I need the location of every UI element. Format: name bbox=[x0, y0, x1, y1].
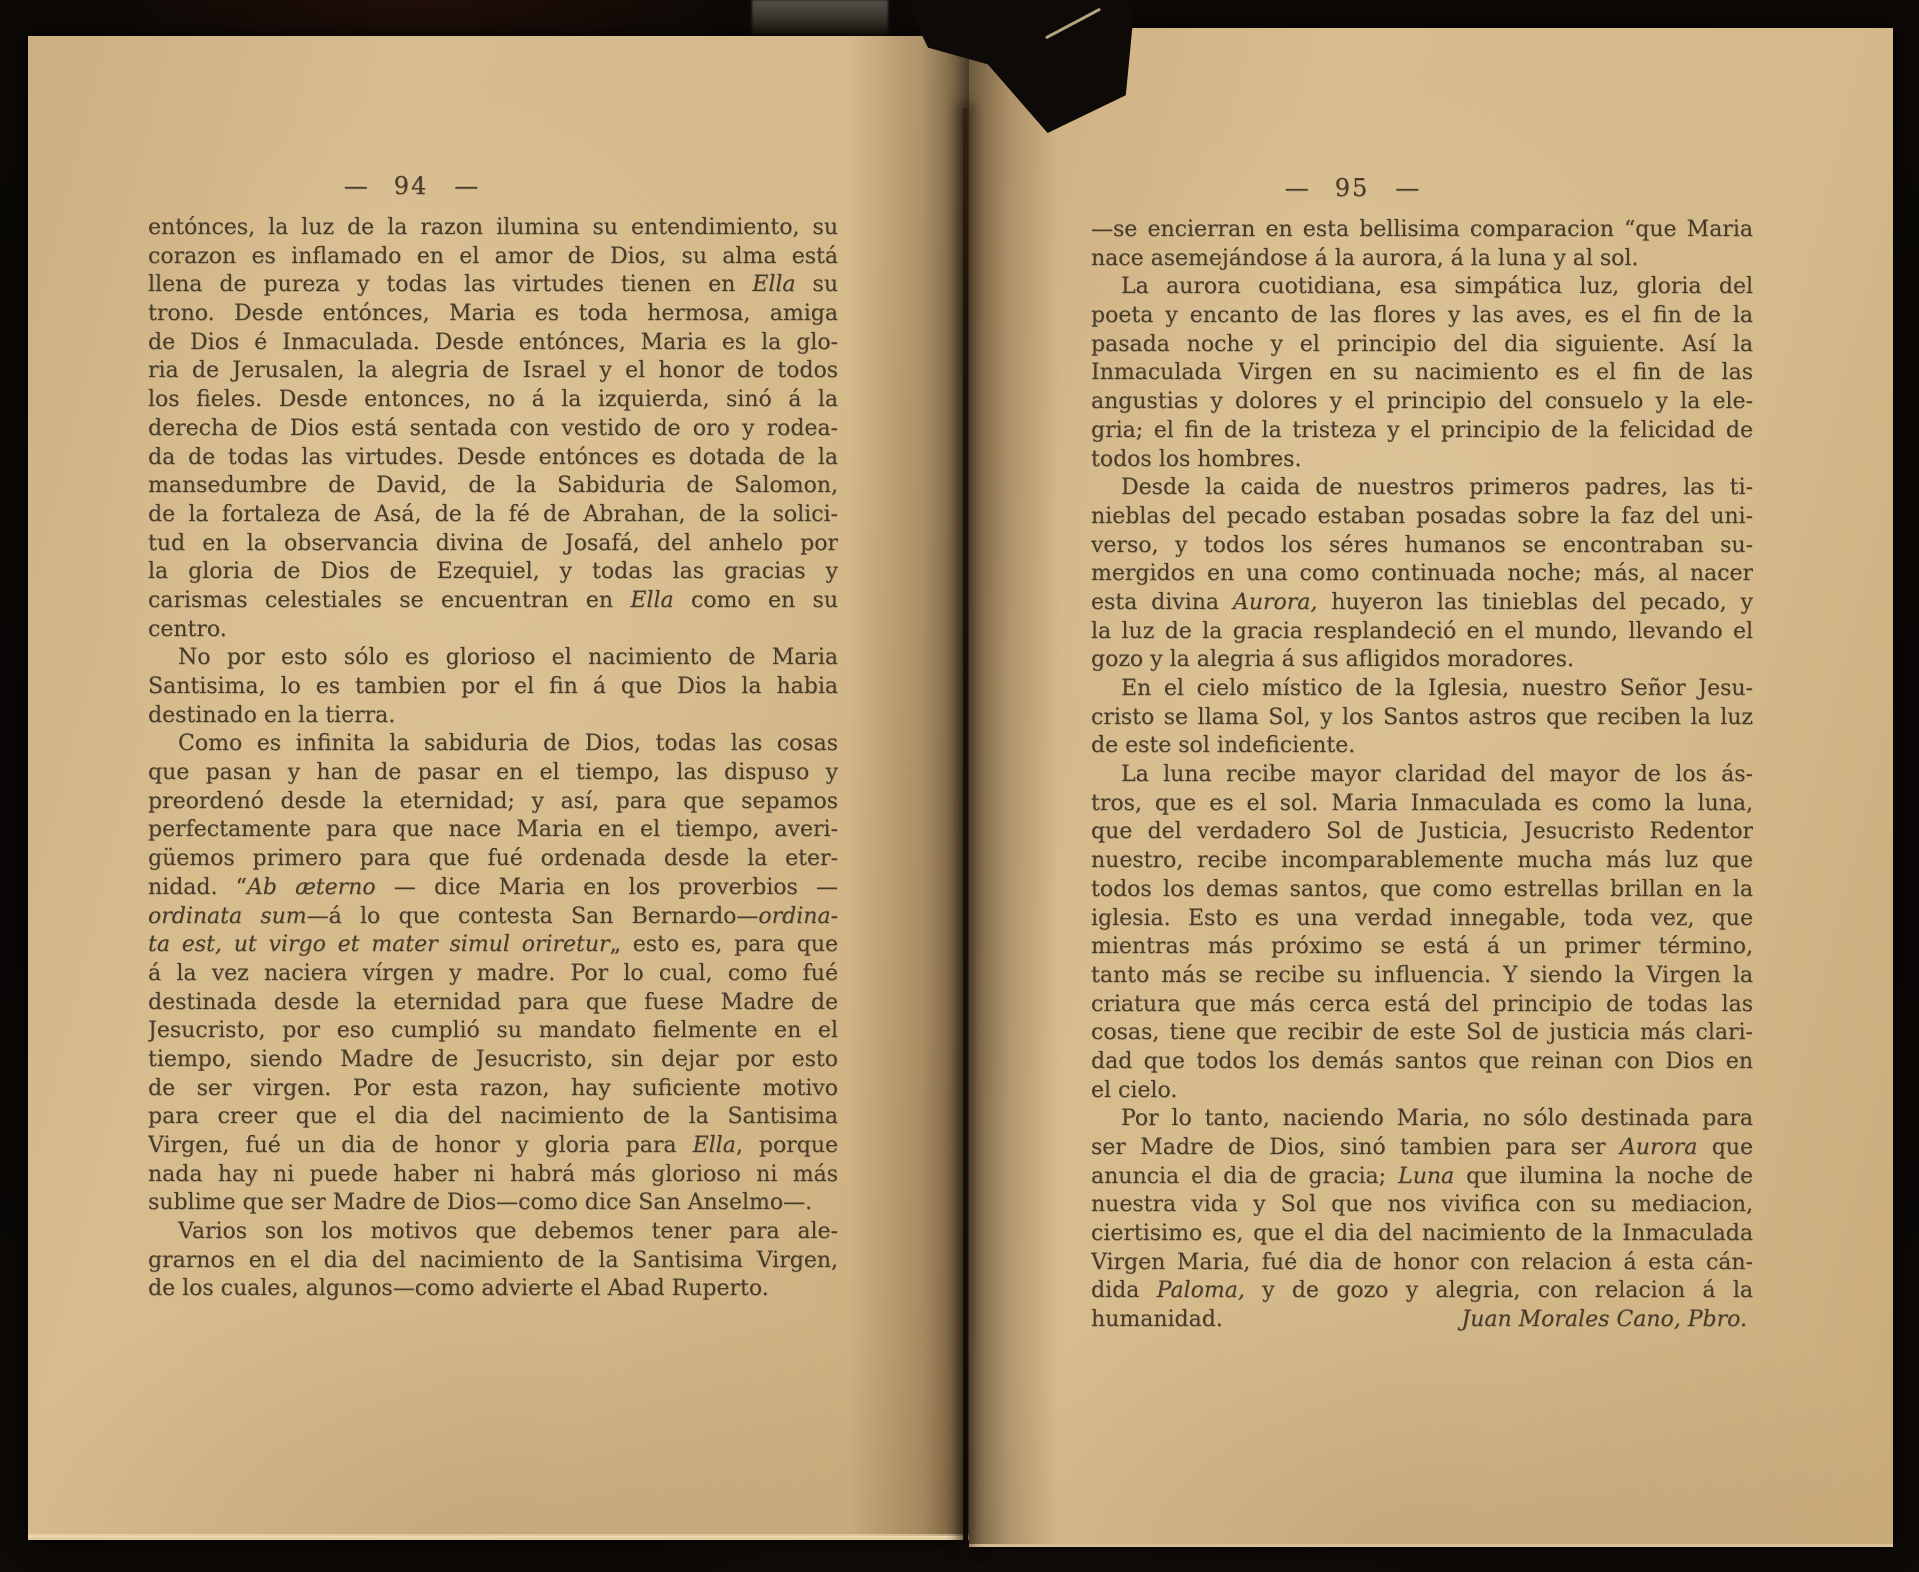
text-line: Santisima, lo es tambien por el fin á qu… bbox=[148, 673, 838, 702]
text: á la vez naciera vírgen y madre. Por lo … bbox=[148, 961, 838, 986]
text: nuestro, recibe incomparablemente mucha … bbox=[1091, 848, 1753, 873]
text: ria de Jerusalen, la alegria de Israel y… bbox=[148, 358, 838, 383]
text: trono. Desde entónces, Maria es toda her… bbox=[148, 301, 838, 326]
text: Por lo tanto, naciendo Maria, no sólo de… bbox=[1121, 1106, 1753, 1131]
text: poeta y encanto de las flores y las aves… bbox=[1091, 303, 1753, 328]
text: que ilumina la noche de bbox=[1454, 1164, 1753, 1189]
right-page: —95— —se encierran en esta bellisima com… bbox=[969, 28, 1893, 1547]
text: No por esto sólo es glorioso el nacimien… bbox=[178, 645, 838, 670]
text-line: No por esto sólo es glorioso el nacimien… bbox=[148, 644, 838, 673]
text-line: de la fortaleza de Asá, de la fé de Abra… bbox=[148, 501, 838, 530]
text: los fieles. Desde entonces, no á la izqu… bbox=[148, 387, 838, 412]
text-line: corazon es inflamado en el amor de Dios,… bbox=[148, 243, 838, 272]
italic-text: Ab æterno bbox=[247, 875, 376, 900]
text-line: tiempo, siendo Madre de Jesucristo, sin … bbox=[148, 1046, 838, 1075]
text: esta divina bbox=[1091, 590, 1233, 615]
text-line: Desde la caida de nuestros primeros padr… bbox=[1091, 474, 1753, 503]
text-line: güemos primero para que fué ordenada des… bbox=[148, 845, 838, 874]
text: huyeron las tinieblas del pecado, y bbox=[1317, 590, 1753, 615]
text: ser Madre de Dios, sinó tambien para ser bbox=[1091, 1135, 1620, 1160]
text-line: dad que todos los demás santos que reina… bbox=[1091, 1048, 1753, 1077]
text: gozo y la alegria á sus afligidos morado… bbox=[1091, 647, 1574, 672]
text: de este sol indeficiente. bbox=[1091, 733, 1355, 758]
page-text: —se encierran en esta bellisima comparac… bbox=[1091, 216, 1753, 1335]
text: Varios son los motivos que debemos tener… bbox=[178, 1219, 838, 1244]
italic-text: ordina- bbox=[758, 904, 838, 929]
text: humanidad. bbox=[1091, 1306, 1223, 1335]
text: iglesia. Esto es una verdad innegable, t… bbox=[1091, 906, 1753, 931]
text: nidad. “ bbox=[148, 875, 247, 900]
text-line: dida Paloma, y de gozo y alegria, con re… bbox=[1091, 1277, 1753, 1306]
text: pasada noche y el principio del dia sigu… bbox=[1091, 332, 1753, 357]
text: angustias y dolores y el principio del c… bbox=[1091, 389, 1753, 414]
text: verso, y todos los séres humanos se enco… bbox=[1091, 533, 1753, 558]
text: tanto más se recibe su influencia. Y sie… bbox=[1091, 963, 1753, 988]
text: de la fortaleza de Asá, de la fé de Abra… bbox=[148, 502, 838, 527]
text: Santisima, lo es tambien por el fin á qu… bbox=[148, 674, 838, 699]
text-line: que del verdadero Sol de Justicia, Jesuc… bbox=[1091, 818, 1753, 847]
text-line: Como es infinita la sabiduria de Dios, t… bbox=[148, 730, 838, 759]
gutter-shadow bbox=[969, 28, 1059, 1544]
text-line: ser Madre de Dios, sinó tambien para ser… bbox=[1091, 1134, 1753, 1163]
text: derecha de Dios está sentada con vestido… bbox=[148, 416, 838, 441]
header-dash: — bbox=[454, 172, 478, 200]
text-line: carismas celestiales se encuentran en El… bbox=[148, 587, 838, 616]
photographed-book-spread: —94— entónces, la luz de la razon ilumin… bbox=[0, 0, 1919, 1572]
text: mergidos en una como continuada noche; m… bbox=[1091, 561, 1753, 586]
text-line: á la vez naciera vírgen y madre. Por lo … bbox=[148, 960, 838, 989]
text-line: tros, que es el sol. Maria Inmaculada es… bbox=[1091, 790, 1753, 819]
text: como en su bbox=[674, 588, 838, 613]
text: — dice Maria en los proverbios — bbox=[376, 875, 838, 900]
text-line: gozo y la alegria á sus afligidos morado… bbox=[1091, 646, 1753, 675]
text-line: criatura que más cerca está del principi… bbox=[1091, 991, 1753, 1020]
text: y de gozo y alegria, con relacion á la bbox=[1245, 1278, 1753, 1303]
background-sliver bbox=[752, 0, 888, 36]
text: la luz de la gracia resplandeció en el m… bbox=[1091, 619, 1753, 644]
text: todos los hombres. bbox=[1091, 447, 1301, 472]
text: destinada desde la eternidad para que fu… bbox=[148, 990, 838, 1015]
page-number-header: —94— bbox=[344, 172, 479, 200]
text-line: esta divina Aurora, huyeron las tiniebla… bbox=[1091, 589, 1753, 618]
text: nieblas del pecado estaban posadas sobre… bbox=[1091, 504, 1753, 529]
text-line: la luz de la gracia resplandeció en el m… bbox=[1091, 618, 1753, 647]
text: llena de pureza y todas las virtudes tie… bbox=[148, 272, 752, 297]
text: da de todas las virtudes. Desde entónces… bbox=[148, 445, 838, 470]
text: ciertisimo es, que el dia del nacimiento… bbox=[1091, 1221, 1753, 1246]
text: nada hay ni puede haber ni habrá más glo… bbox=[148, 1162, 838, 1187]
text: para creer que el dia del nacimiento de … bbox=[148, 1104, 838, 1129]
text-line: llena de pureza y todas las virtudes tie… bbox=[148, 271, 838, 300]
text: destinado en la tierra. bbox=[148, 703, 395, 728]
text: la gloria de Dios de Ezequiel, y todas l… bbox=[148, 559, 838, 584]
text: cristo se llama Sol, y los Santos astros… bbox=[1091, 705, 1753, 730]
text: —se encierran en esta bellisima comparac… bbox=[1091, 217, 1753, 242]
italic-text: Aurora, bbox=[1233, 590, 1317, 615]
text: Como es infinita la sabiduria de Dios, t… bbox=[178, 731, 838, 756]
text: de ser virgen. Por esta razon, hay sufic… bbox=[148, 1076, 838, 1101]
text: centro. bbox=[148, 617, 227, 642]
text-line: mergidos en una como continuada noche; m… bbox=[1091, 560, 1753, 589]
text: su bbox=[796, 272, 838, 297]
text-line: que pasan y han de pasar en el tiempo, l… bbox=[148, 759, 838, 788]
text-line: da de todas las virtudes. Desde entónces… bbox=[148, 444, 838, 473]
text-line: trono. Desde entónces, Maria es toda her… bbox=[148, 300, 838, 329]
text-line: centro. bbox=[148, 616, 838, 645]
header-dash: — bbox=[344, 172, 368, 200]
text-line: todos los demas santos, que como estrell… bbox=[1091, 876, 1753, 905]
text-line: Virgen, fué un dia de honor y gloria par… bbox=[148, 1132, 838, 1161]
text-line: tanto más se recibe su influencia. Y sie… bbox=[1091, 962, 1753, 991]
text-line: de los cuales, algunos—como advierte el … bbox=[148, 1275, 838, 1304]
text: Inmaculada Virgen en su nacimiento es el… bbox=[1091, 360, 1753, 385]
italic-text: Juan Morales Cano, Pbro. bbox=[1461, 1307, 1747, 1332]
text-line: humanidad.Juan Morales Cano, Pbro. bbox=[1091, 1306, 1753, 1335]
text-line: Jesucristo, por eso cumplió su mandato f… bbox=[148, 1017, 838, 1046]
text: criatura que más cerca está del principi… bbox=[1091, 992, 1753, 1017]
text-line: En el cielo místico de la Iglesia, nuest… bbox=[1091, 675, 1753, 704]
text: entónces, la luz de la razon ilumina su … bbox=[148, 215, 838, 240]
text: tros, que es el sol. Maria Inmaculada es… bbox=[1091, 791, 1753, 816]
text-line: Por lo tanto, naciendo Maria, no sólo de… bbox=[1091, 1105, 1753, 1134]
text: dida bbox=[1091, 1278, 1157, 1303]
text: tud en la observancia divina de Josafá, … bbox=[148, 531, 838, 556]
text-line: la gloria de Dios de Ezequiel, y todas l… bbox=[148, 558, 838, 587]
text: güemos primero para que fué ordenada des… bbox=[148, 846, 838, 871]
text: anuncia el dia de gracia; bbox=[1091, 1164, 1398, 1189]
text: que bbox=[1697, 1135, 1753, 1160]
text: perfectamente para que nace Maria en el … bbox=[148, 817, 838, 842]
italic-text: Ella bbox=[752, 272, 795, 297]
text: cosas, tiene que recibir de este Sol de … bbox=[1091, 1020, 1753, 1045]
text-line: La aurora cuotidiana, esa simpática luz,… bbox=[1091, 273, 1753, 302]
text: el cielo. bbox=[1091, 1078, 1177, 1103]
text-line: de ser virgen. Por esta razon, hay sufic… bbox=[148, 1075, 838, 1104]
text-line: tud en la observancia divina de Josafá, … bbox=[148, 530, 838, 559]
text-line: de este sol indeficiente. bbox=[1091, 732, 1753, 761]
page-text: entónces, la luz de la razon ilumina su … bbox=[148, 214, 838, 1304]
author-signature: Juan Morales Cano, Pbro. bbox=[1461, 1306, 1747, 1335]
text: tiempo, siendo Madre de Jesucristo, sin … bbox=[148, 1047, 838, 1072]
text-line: cristo se llama Sol, y los Santos astros… bbox=[1091, 704, 1753, 733]
text-line: nuestro, recibe incomparablemente mucha … bbox=[1091, 847, 1753, 876]
text: sublime que ser Madre de Dios—como dice … bbox=[148, 1190, 812, 1215]
text-line: sublime que ser Madre de Dios—como dice … bbox=[148, 1189, 838, 1218]
text-line: nidad. “Ab æterno — dice Maria en los pr… bbox=[148, 874, 838, 903]
text: gria; el fin de la tristeza y el princip… bbox=[1091, 418, 1753, 443]
text-line: nuestra vida y Sol que nos vivifica con … bbox=[1091, 1191, 1753, 1220]
page-number: 94 bbox=[394, 172, 429, 200]
text-line: ciertisimo es, que el dia del nacimiento… bbox=[1091, 1220, 1753, 1249]
text-line: destinado en la tierra. bbox=[148, 702, 838, 731]
italic-text: ta est, ut virgo et mater simul oriretur bbox=[148, 932, 610, 957]
header-dash: — bbox=[1285, 174, 1309, 202]
text: que pasan y han de pasar en el tiempo, l… bbox=[148, 760, 838, 785]
text-line: Inmaculada Virgen en su nacimiento es el… bbox=[1091, 359, 1753, 388]
text-line: poeta y encanto de las flores y las aves… bbox=[1091, 302, 1753, 331]
text-line: nace asemejándose á la aurora, á la luna… bbox=[1091, 245, 1753, 274]
text-line: de Dios é Inmaculada. Desde entónces, Ma… bbox=[148, 329, 838, 358]
text: nuestra vida y Sol que nos vivifica con … bbox=[1091, 1192, 1753, 1217]
text: En el cielo místico de la Iglesia, nuest… bbox=[1121, 676, 1753, 701]
text-line: ordinata sum—á lo que contesta San Berna… bbox=[148, 903, 838, 932]
text: Virgen Maria, fué dia de honor con relac… bbox=[1091, 1250, 1753, 1275]
text-line: nada hay ni puede haber ni habrá más glo… bbox=[148, 1161, 838, 1190]
text: La luna recibe mayor claridad del mayor … bbox=[1121, 762, 1753, 787]
gutter-shadow bbox=[849, 36, 969, 1536]
text: —á lo que contesta San Bernardo— bbox=[307, 904, 759, 929]
text: nace asemejándose á la aurora, á la luna… bbox=[1091, 246, 1638, 271]
text: todos los demas santos, que como estrell… bbox=[1091, 877, 1753, 902]
text-line: anuncia el dia de gracia; Luna que ilumi… bbox=[1091, 1163, 1753, 1192]
text-line: Virgen Maria, fué dia de honor con relac… bbox=[1091, 1249, 1753, 1278]
text: dad que todos los demás santos que reina… bbox=[1091, 1049, 1753, 1074]
text-line: mientras más próximo se está á un primer… bbox=[1091, 933, 1753, 962]
header-dash: — bbox=[1395, 174, 1419, 202]
text-line: mansedumbre de David, de la Sabiduria de… bbox=[148, 472, 838, 501]
text-line: destinada desde la eternidad para que fu… bbox=[148, 989, 838, 1018]
text-line: para creer que el dia del nacimiento de … bbox=[148, 1103, 838, 1132]
text-line: —se encierran en esta bellisima comparac… bbox=[1091, 216, 1753, 245]
page-number-header: —95— bbox=[1285, 174, 1420, 202]
text: Jesucristo, por eso cumplió su mandato f… bbox=[148, 1018, 838, 1043]
text: carismas celestiales se encuentran en bbox=[148, 588, 630, 613]
italic-text: Paloma, bbox=[1157, 1278, 1245, 1303]
text: Desde la caida de nuestros primeros padr… bbox=[1121, 475, 1753, 500]
text-line: derecha de Dios está sentada con vestido… bbox=[148, 415, 838, 444]
text: mientras más próximo se está á un primer… bbox=[1091, 934, 1753, 959]
text: „ esto es, para que bbox=[610, 932, 838, 957]
text-line: pasada noche y el principio del dia sigu… bbox=[1091, 331, 1753, 360]
text-line: entónces, la luz de la razon ilumina su … bbox=[148, 214, 838, 243]
text-line: angustias y dolores y el principio del c… bbox=[1091, 388, 1753, 417]
text: que del verdadero Sol de Justicia, Jesuc… bbox=[1091, 819, 1753, 844]
italic-text: ordinata sum bbox=[148, 904, 307, 929]
spine-gutter-line bbox=[963, 108, 968, 1544]
text-line: verso, y todos los séres humanos se enco… bbox=[1091, 532, 1753, 561]
text: La aurora cuotidiana, esa simpática luz,… bbox=[1121, 274, 1753, 299]
text-line: nieblas del pecado estaban posadas sobre… bbox=[1091, 503, 1753, 532]
text-line: cosas, tiene que recibir de este Sol de … bbox=[1091, 1019, 1753, 1048]
text: corazon es inflamado en el amor de Dios,… bbox=[148, 244, 838, 269]
italic-text: Luna bbox=[1398, 1164, 1454, 1189]
text-line: Varios son los motivos que debemos tener… bbox=[148, 1218, 838, 1247]
text-line: gria; el fin de la tristeza y el princip… bbox=[1091, 417, 1753, 446]
text-line: preordenó desde la eternidad; y así, par… bbox=[148, 788, 838, 817]
text-line: La luna recibe mayor claridad del mayor … bbox=[1091, 761, 1753, 790]
text-line: todos los hombres. bbox=[1091, 446, 1753, 475]
italic-text: Ella bbox=[693, 1133, 736, 1158]
text: grarnos en el dia del nacimiento de la S… bbox=[148, 1248, 838, 1273]
text: preordenó desde la eternidad; y así, par… bbox=[148, 789, 838, 814]
left-page: —94— entónces, la luz de la razon ilumin… bbox=[28, 36, 969, 1540]
text-line: perfectamente para que nace Maria en el … bbox=[148, 816, 838, 845]
text: de Dios é Inmaculada. Desde entónces, Ma… bbox=[148, 330, 838, 355]
text: mansedumbre de David, de la Sabiduria de… bbox=[148, 473, 838, 498]
italic-text: Ella bbox=[630, 588, 673, 613]
page-number: 95 bbox=[1335, 174, 1370, 202]
text: , porque bbox=[736, 1133, 838, 1158]
text: humanidad. bbox=[1091, 1307, 1223, 1332]
italic-text: Aurora bbox=[1620, 1135, 1697, 1160]
page-edge-highlight bbox=[28, 1534, 969, 1537]
text-line: iglesia. Esto es una verdad innegable, t… bbox=[1091, 905, 1753, 934]
text-line: los fieles. Desde entonces, no á la izqu… bbox=[148, 386, 838, 415]
text-line: ria de Jerusalen, la alegria de Israel y… bbox=[148, 357, 838, 386]
text: Virgen, fué un dia de honor y gloria par… bbox=[148, 1133, 693, 1158]
text-line: ta est, ut virgo et mater simul oriretur… bbox=[148, 931, 838, 960]
text: de los cuales, algunos—como advierte el … bbox=[148, 1276, 769, 1301]
text-line: el cielo. bbox=[1091, 1077, 1753, 1106]
text-line: grarnos en el dia del nacimiento de la S… bbox=[148, 1247, 838, 1276]
